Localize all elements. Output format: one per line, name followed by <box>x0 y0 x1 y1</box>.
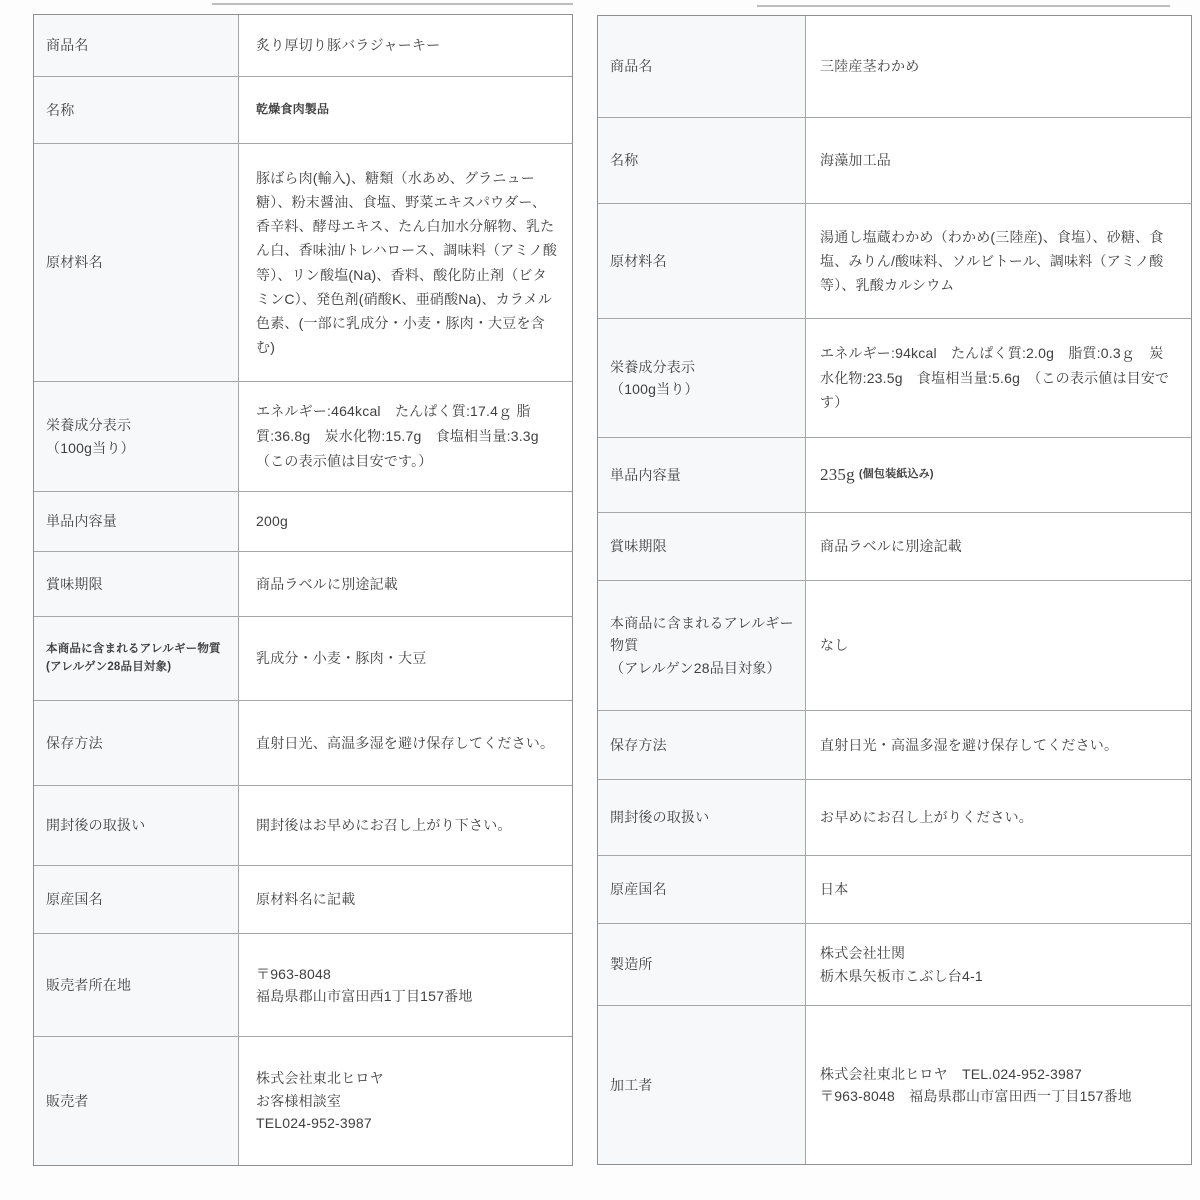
row-label: 保存方法 <box>34 701 239 785</box>
row-value: 乳成分・小麦・豚肉・大豆 <box>239 617 572 700</box>
row-value: 湯通し塩蔵わかめ（わかめ(三陸産)、食塩）、砂糖、食塩、みりん/酸味料、ソルビト… <box>806 204 1191 318</box>
row-label: 開封後の取扱い <box>34 786 239 865</box>
row-label: 開封後の取扱い <box>598 780 806 855</box>
row-label: 原材料名 <box>598 204 806 318</box>
table-row-storage: 保存方法直射日光、高温多湿を避け保存してください。 <box>34 701 572 786</box>
table-row-allergens: 本商品に含まれるアレルギー物質 （アレルゲン28品目対象）なし <box>598 581 1191 711</box>
row-label: 販売者 <box>34 1037 239 1165</box>
table-row-content-amount: 単品内容量200g <box>34 492 572 552</box>
row-value: 原材料名に記載 <box>239 866 572 933</box>
table-row-category: 名称乾燥食肉製品 <box>34 77 572 144</box>
table-row-content-amount: 単品内容量235g(個包装紙込み) <box>598 438 1191 513</box>
product-spec-table-stem-wakame: 商品名三陸産茎わかめ名称海藻加工品原材料名湯通し塩蔵わかめ（わかめ(三陸産)、食… <box>597 15 1192 1165</box>
table-row-product-name: 商品名炙り厚切り豚バラジャーキー <box>34 15 572 77</box>
table-row-seller-address: 販売者所在地〒963-8048 福島県郡山市富田西1丁目157番地 <box>34 934 572 1037</box>
row-label: 加工者 <box>598 1006 806 1164</box>
row-label: 賞味期限 <box>34 552 239 616</box>
row-label: 栄養成分表示 （100g当り） <box>34 382 239 491</box>
row-value: 235g(個包装紙込み) <box>806 438 1191 512</box>
row-value: 海藻加工品 <box>806 118 1191 203</box>
row-value: 三陸産茎わかめ <box>806 16 1191 117</box>
product-spec-table-pork-jerky: 商品名炙り厚切り豚バラジャーキー名称乾燥食肉製品原材料名豚ばら肉(輸入)、糖類（… <box>33 14 573 1166</box>
row-value: 株式会社壮関 栃木県矢板市こぶし台4-1 <box>806 924 1191 1005</box>
row-value: 開封後はお早めにお召し上がり下さい。 <box>239 786 572 865</box>
page: 商品名炙り厚切り豚バラジャーキー名称乾燥食肉製品原材料名豚ばら肉(輸入)、糖類（… <box>0 0 1200 1200</box>
table-row-storage: 保存方法直射日光・高温多湿を避け保存してください。 <box>598 711 1191 780</box>
row-label: 賞味期限 <box>598 513 806 580</box>
row-label: 原材料名 <box>34 144 239 381</box>
row-value: なし <box>806 581 1191 710</box>
table-row-country-of-origin: 原産国名原材料名に記載 <box>34 866 572 934</box>
value-part-note: (個包装紙込み) <box>859 466 934 484</box>
table-row-nutrition: 栄養成分表示 （100g当り）エネルギー:94kcal たんぱく質:2.0g 脂… <box>598 319 1191 438</box>
row-label: 名称 <box>598 118 806 203</box>
table-row-ingredients: 原材料名湯通し塩蔵わかめ（わかめ(三陸産)、食塩）、砂糖、食塩、みりん/酸味料、… <box>598 204 1191 319</box>
row-label: 単品内容量 <box>34 492 239 551</box>
table-row-allergens: 本商品に含まれるアレルギー物質 (アレルゲン28品目対象)乳成分・小麦・豚肉・大… <box>34 617 572 701</box>
row-value: 直射日光・高温多湿を避け保存してください。 <box>806 711 1191 779</box>
row-value: お早めにお召し上がりください。 <box>806 780 1191 855</box>
row-value: 株式会社東北ヒロヤ TEL.024-952-3987 〒963-8048 福島県… <box>806 1006 1191 1164</box>
table-row-seller: 販売者株式会社東北ヒロヤ お客様相談室 TEL024-952-3987 <box>34 1037 572 1165</box>
row-value: 商品ラベルに別途記載 <box>806 513 1191 580</box>
row-value: 〒963-8048 福島県郡山市富田西1丁目157番地 <box>239 934 572 1036</box>
row-label: 本商品に含まれるアレルギー物質 （アレルゲン28品目対象） <box>598 581 806 710</box>
table-row-best-before: 賞味期限商品ラベルに別途記載 <box>598 513 1191 581</box>
table-row-product-name: 商品名三陸産茎わかめ <box>598 16 1191 118</box>
value-part-amount: 235g <box>820 461 855 488</box>
row-label: 商品名 <box>598 16 806 117</box>
cutoff-row-border-right <box>757 5 1170 7</box>
row-value: 豚ばら肉(輸入)、糖類（水あめ、グラニュー糖）、粉末醤油、食塩、野菜エキスパウダ… <box>239 144 572 381</box>
table-row-nutrition: 栄養成分表示 （100g当り）エネルギー:464kcal たんぱく質:17.4ｇ… <box>34 382 572 492</box>
cutoff-row-border-left <box>212 3 573 5</box>
row-value: エネルギー:464kcal たんぱく質:17.4ｇ 脂質:36.8g 炭水化物:… <box>239 382 572 491</box>
row-value: 日本 <box>806 856 1191 923</box>
table-row-after-opening: 開封後の取扱いお早めにお召し上がりください。 <box>598 780 1191 856</box>
row-label: 単品内容量 <box>598 438 806 512</box>
row-label: 販売者所在地 <box>34 934 239 1036</box>
table-row-after-opening: 開封後の取扱い開封後はお早めにお召し上がり下さい。 <box>34 786 572 866</box>
row-label: 原産国名 <box>34 866 239 933</box>
row-label: 名称 <box>34 77 239 143</box>
table-row-processor: 加工者株式会社東北ヒロヤ TEL.024-952-3987 〒963-8048 … <box>598 1006 1191 1164</box>
row-label: 原産国名 <box>598 856 806 923</box>
row-value: 商品ラベルに別途記載 <box>239 552 572 616</box>
row-value: 直射日光、高温多湿を避け保存してください。 <box>239 701 572 785</box>
row-value: 炙り厚切り豚バラジャーキー <box>239 15 572 76</box>
row-value: 株式会社東北ヒロヤ お客様相談室 TEL024-952-3987 <box>239 1037 572 1165</box>
row-label: 保存方法 <box>598 711 806 779</box>
row-value: 乾燥食肉製品 <box>239 77 572 143</box>
row-label: 商品名 <box>34 15 239 76</box>
table-row-ingredients: 原材料名豚ばら肉(輸入)、糖類（水あめ、グラニュー糖）、粉末醤油、食塩、野菜エキ… <box>34 144 572 382</box>
row-label: 栄養成分表示 （100g当り） <box>598 319 806 437</box>
row-value: 200g <box>239 492 572 551</box>
table-row-country-of-origin: 原産国名日本 <box>598 856 1191 924</box>
table-row-best-before: 賞味期限商品ラベルに別途記載 <box>34 552 572 617</box>
row-value: エネルギー:94kcal たんぱく質:2.0g 脂質:0.3ｇ 炭水化物:23.… <box>806 319 1191 437</box>
row-label: 製造所 <box>598 924 806 1005</box>
table-row-manufacturer: 製造所株式会社壮関 栃木県矢板市こぶし台4-1 <box>598 924 1191 1006</box>
table-row-category: 名称海藻加工品 <box>598 118 1191 204</box>
row-label: 本商品に含まれるアレルギー物質 (アレルゲン28品目対象) <box>34 617 239 700</box>
